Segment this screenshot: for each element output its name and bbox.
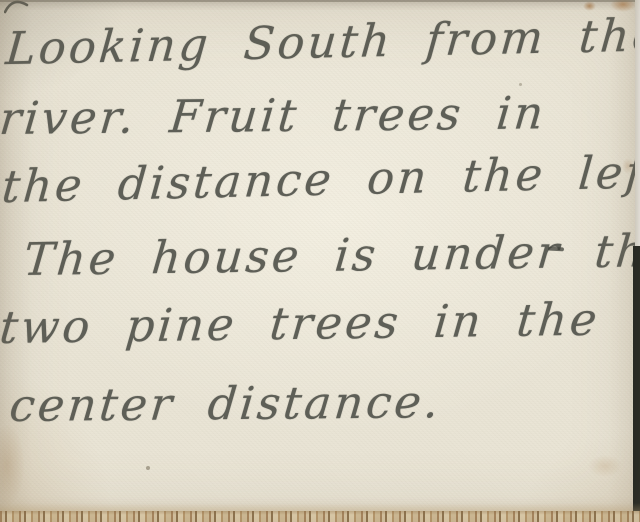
- handwritten-line-6: center distance.: [8, 379, 444, 428]
- handwritten-line-2: river. Fruit trees in: [0, 90, 548, 141]
- handwritten-line-1: Looking South from the: [4, 12, 640, 71]
- pencil-flourish-mark: [4, 0, 30, 14]
- scan-edge-light: [635, 0, 640, 246]
- handwritten-line-3: the distance on the left.: [0, 149, 640, 210]
- note-card: Looking South from the river. Fruit tree…: [0, 0, 640, 522]
- handwritten-line-4: The house is under the: [22, 228, 640, 282]
- handwritten-line-5: two pine trees in the: [0, 297, 602, 350]
- frayed-bottom-edge: [0, 511, 640, 522]
- scan-edge-top: [0, 0, 640, 2]
- scan-edge-dark: [633, 246, 640, 522]
- pencil-stray-mark: [548, 247, 564, 252]
